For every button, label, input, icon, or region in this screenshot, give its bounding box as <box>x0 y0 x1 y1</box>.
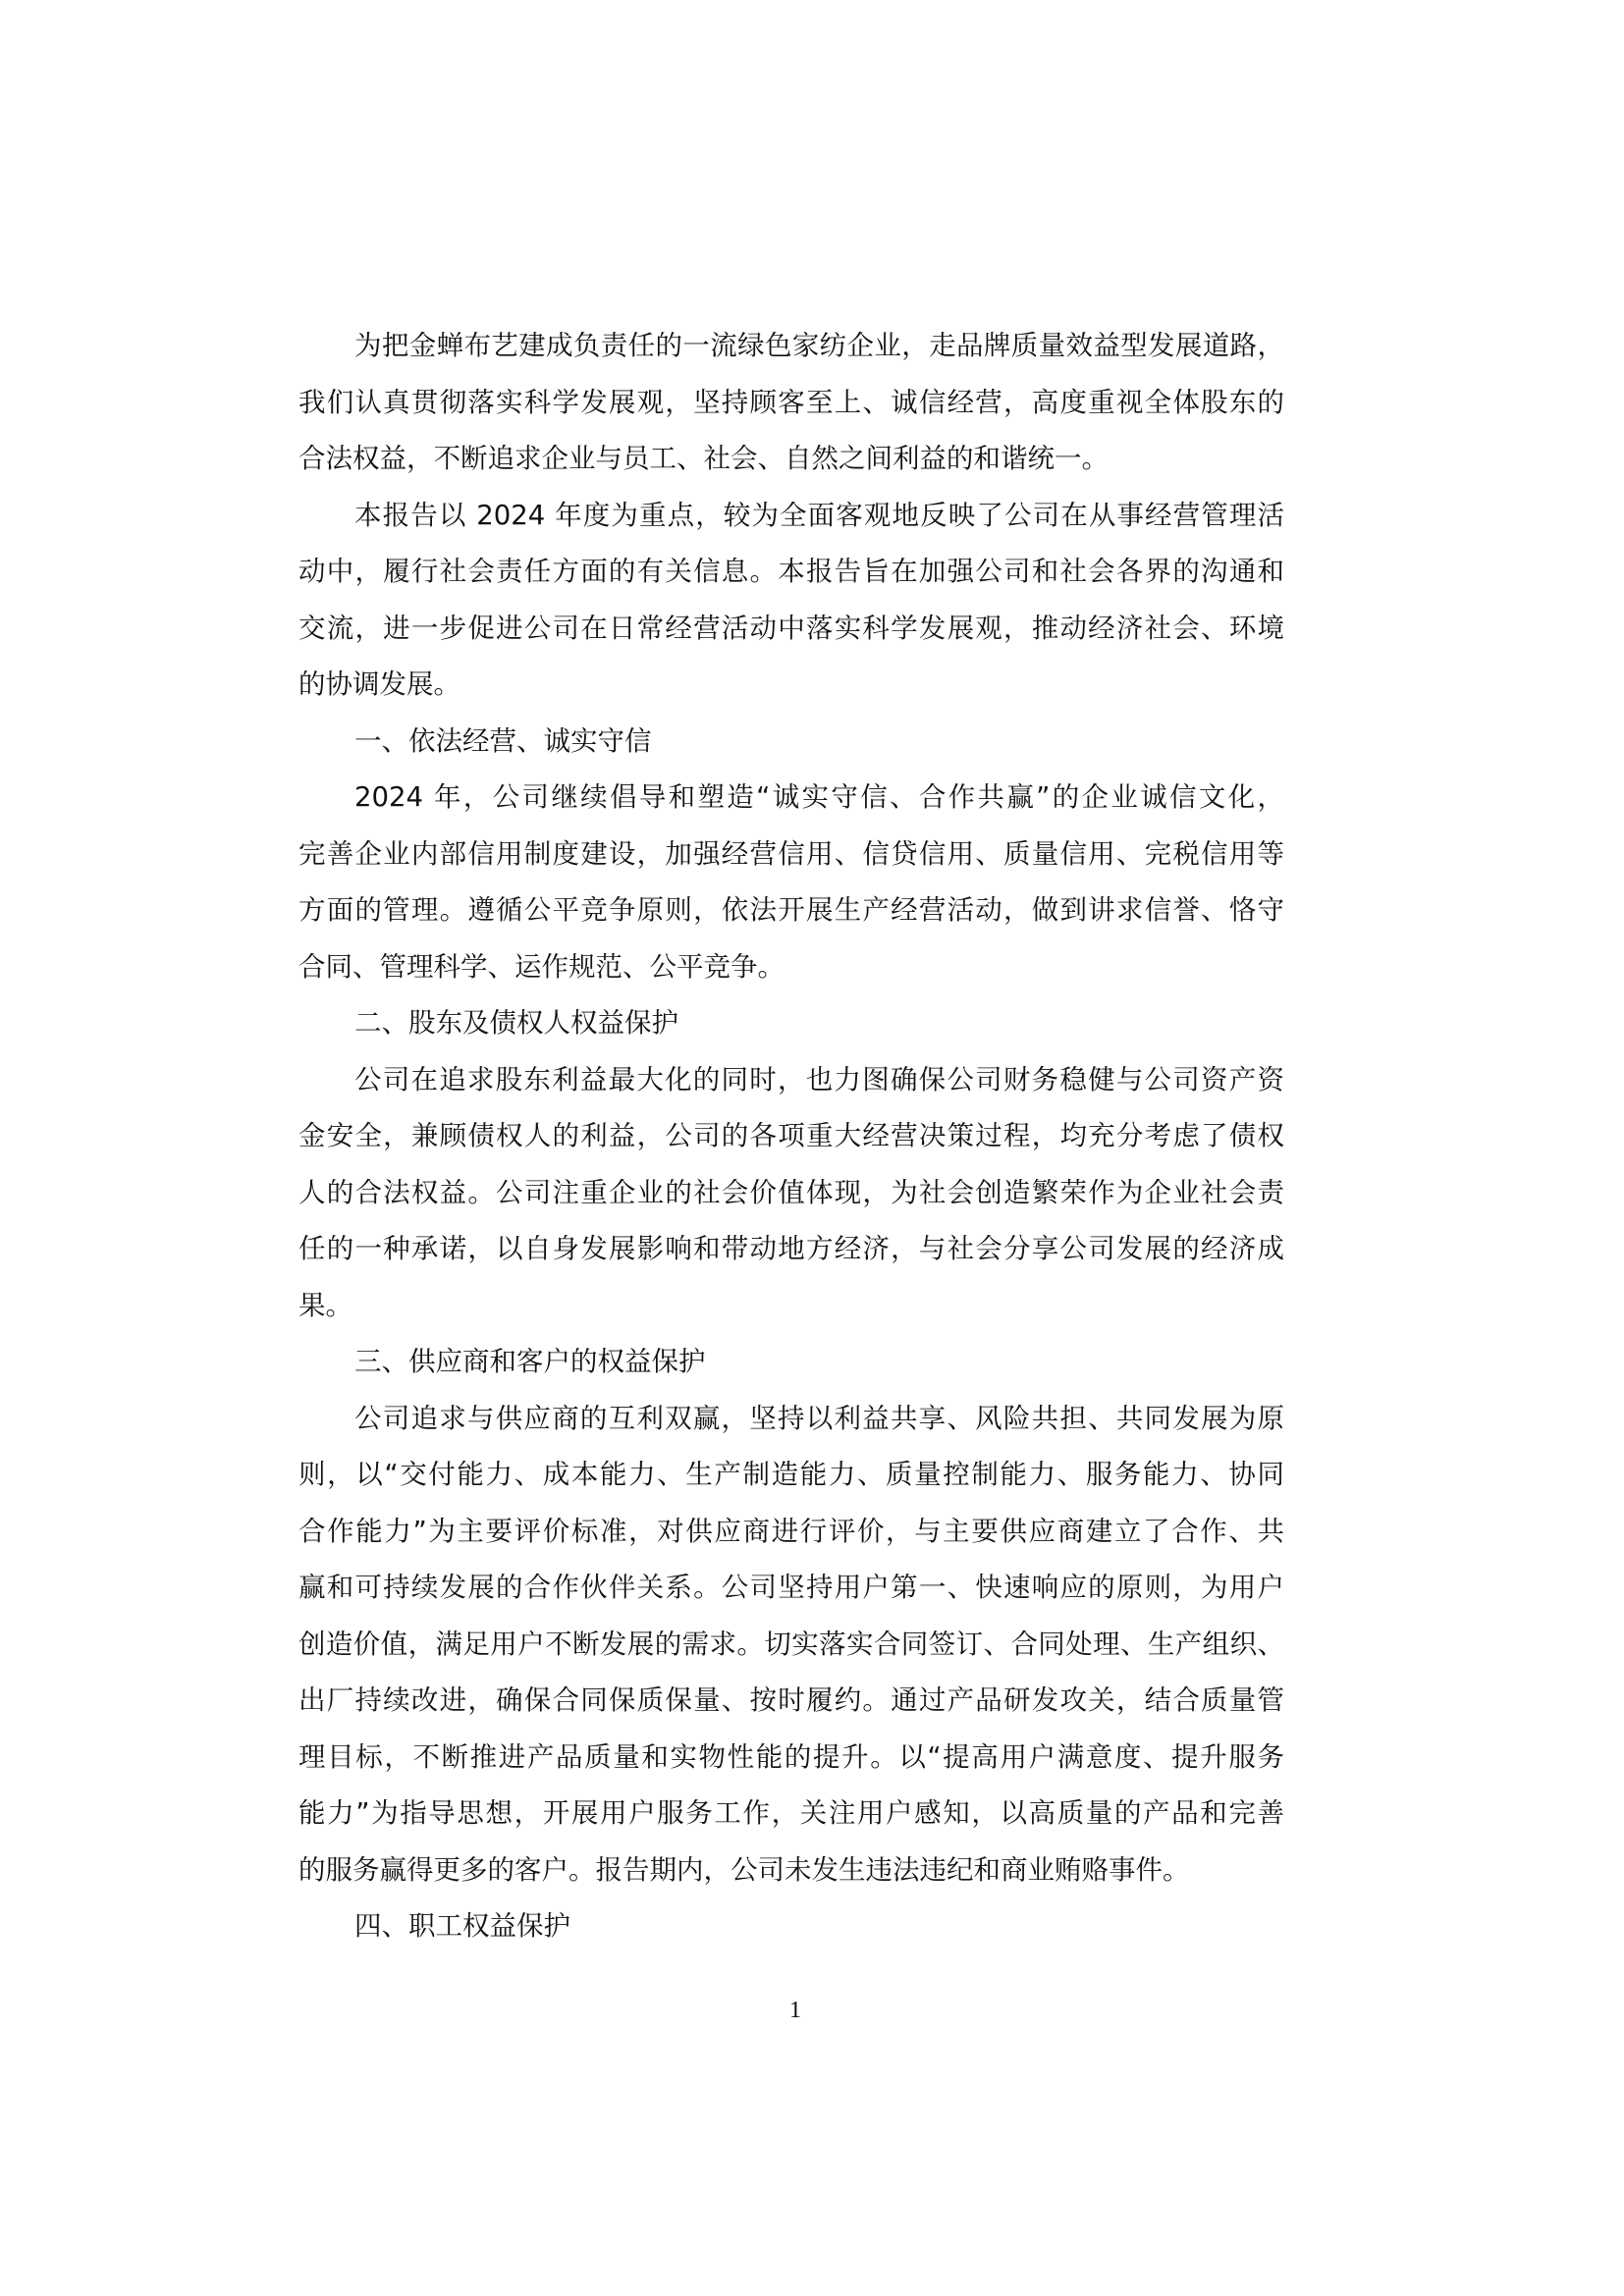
paragraph-suppliers-line-8: 能力”为指导思想，开展用户服务工作，关注用户感知，以高质量的产品和完善 <box>298 1786 1284 1842</box>
paragraph-integrity-line-1: 2024 年，公司继续倡导和塑造“诚实守信、合作共赢”的企业诚信文化， <box>298 770 1284 827</box>
section-heading-1: 一、依法经营、诚实守信 <box>298 714 1284 771</box>
paragraph-scope-line-3: 交流，进一步促进公司在日常经营活动中落实科学发展观，推动经济社会、环境 <box>298 601 1284 658</box>
paragraph-intro-line-1: 为把金蝉布艺建成负责任的一流绿色家纺企业，走品牌质量效益型发展道路， <box>298 318 1284 375</box>
paragraph-shareholders-line-1: 公司在追求股东利益最大化的同时，也力图确保公司财务稳健与公司资产资 <box>298 1052 1284 1109</box>
paragraph-suppliers-line-9: 的服务赢得更多的客户。报告期内，公司未发生违法违纪和商业贿赂事件。 <box>298 1842 1284 1899</box>
paragraph-suppliers-line-2: 则，以“交付能力、成本能力、生产制造能力、质量控制能力、服务能力、协同 <box>298 1447 1284 1504</box>
section-heading-4: 四、职工权益保护 <box>298 1898 1284 1955</box>
paragraph-scope-line-4: 的协调发展。 <box>298 657 1284 714</box>
section-heading-3: 三、供应商和客户的权益保护 <box>298 1334 1284 1391</box>
report-body: 为把金蝉布艺建成负责任的一流绿色家纺企业，走品牌质量效益型发展道路， 我们认真贯… <box>298 318 1284 1955</box>
paragraph-shareholders-line-5: 果。 <box>298 1278 1284 1335</box>
paragraph-scope-line-2: 动中，履行社会责任方面的有关信息。本报告旨在加强公司和社会各界的沟通和 <box>298 544 1284 601</box>
paragraph-suppliers-line-1: 公司追求与供应商的互利双赢，坚持以利益共享、风险共担、共同发展为原 <box>298 1391 1284 1448</box>
paragraph-integrity-line-2: 完善企业内部信用制度建设，加强经营信用、信贷信用、质量信用、完税信用等 <box>298 827 1284 883</box>
paragraph-suppliers-line-6: 出厂持续改进，确保合同保质保量、按时履约。通过产品研发攻关，结合质量管 <box>298 1673 1284 1730</box>
paragraph-suppliers-line-7: 理目标，不断推进产品质量和实物性能的提升。以“提高用户满意度、提升服务 <box>298 1730 1284 1787</box>
paragraph-suppliers-line-5: 创造价值，满足用户不断发展的需求。切实落实合同签订、合同处理、生产组织、 <box>298 1617 1284 1674</box>
document-page: 为把金蝉布艺建成负责任的一流绿色家纺企业，走品牌质量效益型发展道路， 我们认真贯… <box>0 0 1624 2296</box>
paragraph-intro-line-2: 我们认真贯彻落实科学发展观，坚持顾客至上、诚信经营，高度重视全体股东的 <box>298 375 1284 432</box>
page-number: 1 <box>785 1997 805 2024</box>
paragraph-integrity-line-4: 合同、管理科学、运作规范、公平竞争。 <box>298 939 1284 996</box>
paragraph-suppliers-line-4: 赢和可持续发展的合作伙伴关系。公司坚持用户第一、快速响应的原则，为用户 <box>298 1560 1284 1617</box>
paragraph-shareholders-line-2: 金安全，兼顾债权人的利益，公司的各项重大经营决策过程，均充分考虑了债权 <box>298 1108 1284 1165</box>
section-heading-2: 二、股东及债权人权益保护 <box>298 995 1284 1052</box>
paragraph-suppliers-line-3: 合作能力”为主要评价标准，对供应商进行评价，与主要供应商建立了合作、共 <box>298 1504 1284 1561</box>
paragraph-scope-line-1: 本报告以 2024 年度为重点，较为全面客观地反映了公司在从事经营管理活 <box>298 488 1284 545</box>
paragraph-shareholders-line-3: 人的合法权益。公司注重企业的社会价值体现，为社会创造繁荣作为企业社会责 <box>298 1165 1284 1222</box>
paragraph-intro-line-3: 合法权益，不断追求企业与员工、社会、自然之间利益的和谐统一。 <box>298 431 1284 488</box>
paragraph-shareholders-line-4: 任的一种承诺，以自身发展影响和带动地方经济，与社会分享公司发展的经济成 <box>298 1221 1284 1278</box>
paragraph-integrity-line-3: 方面的管理。遵循公平竞争原则，依法开展生产经营活动，做到讲求信誉、恪守 <box>298 882 1284 939</box>
